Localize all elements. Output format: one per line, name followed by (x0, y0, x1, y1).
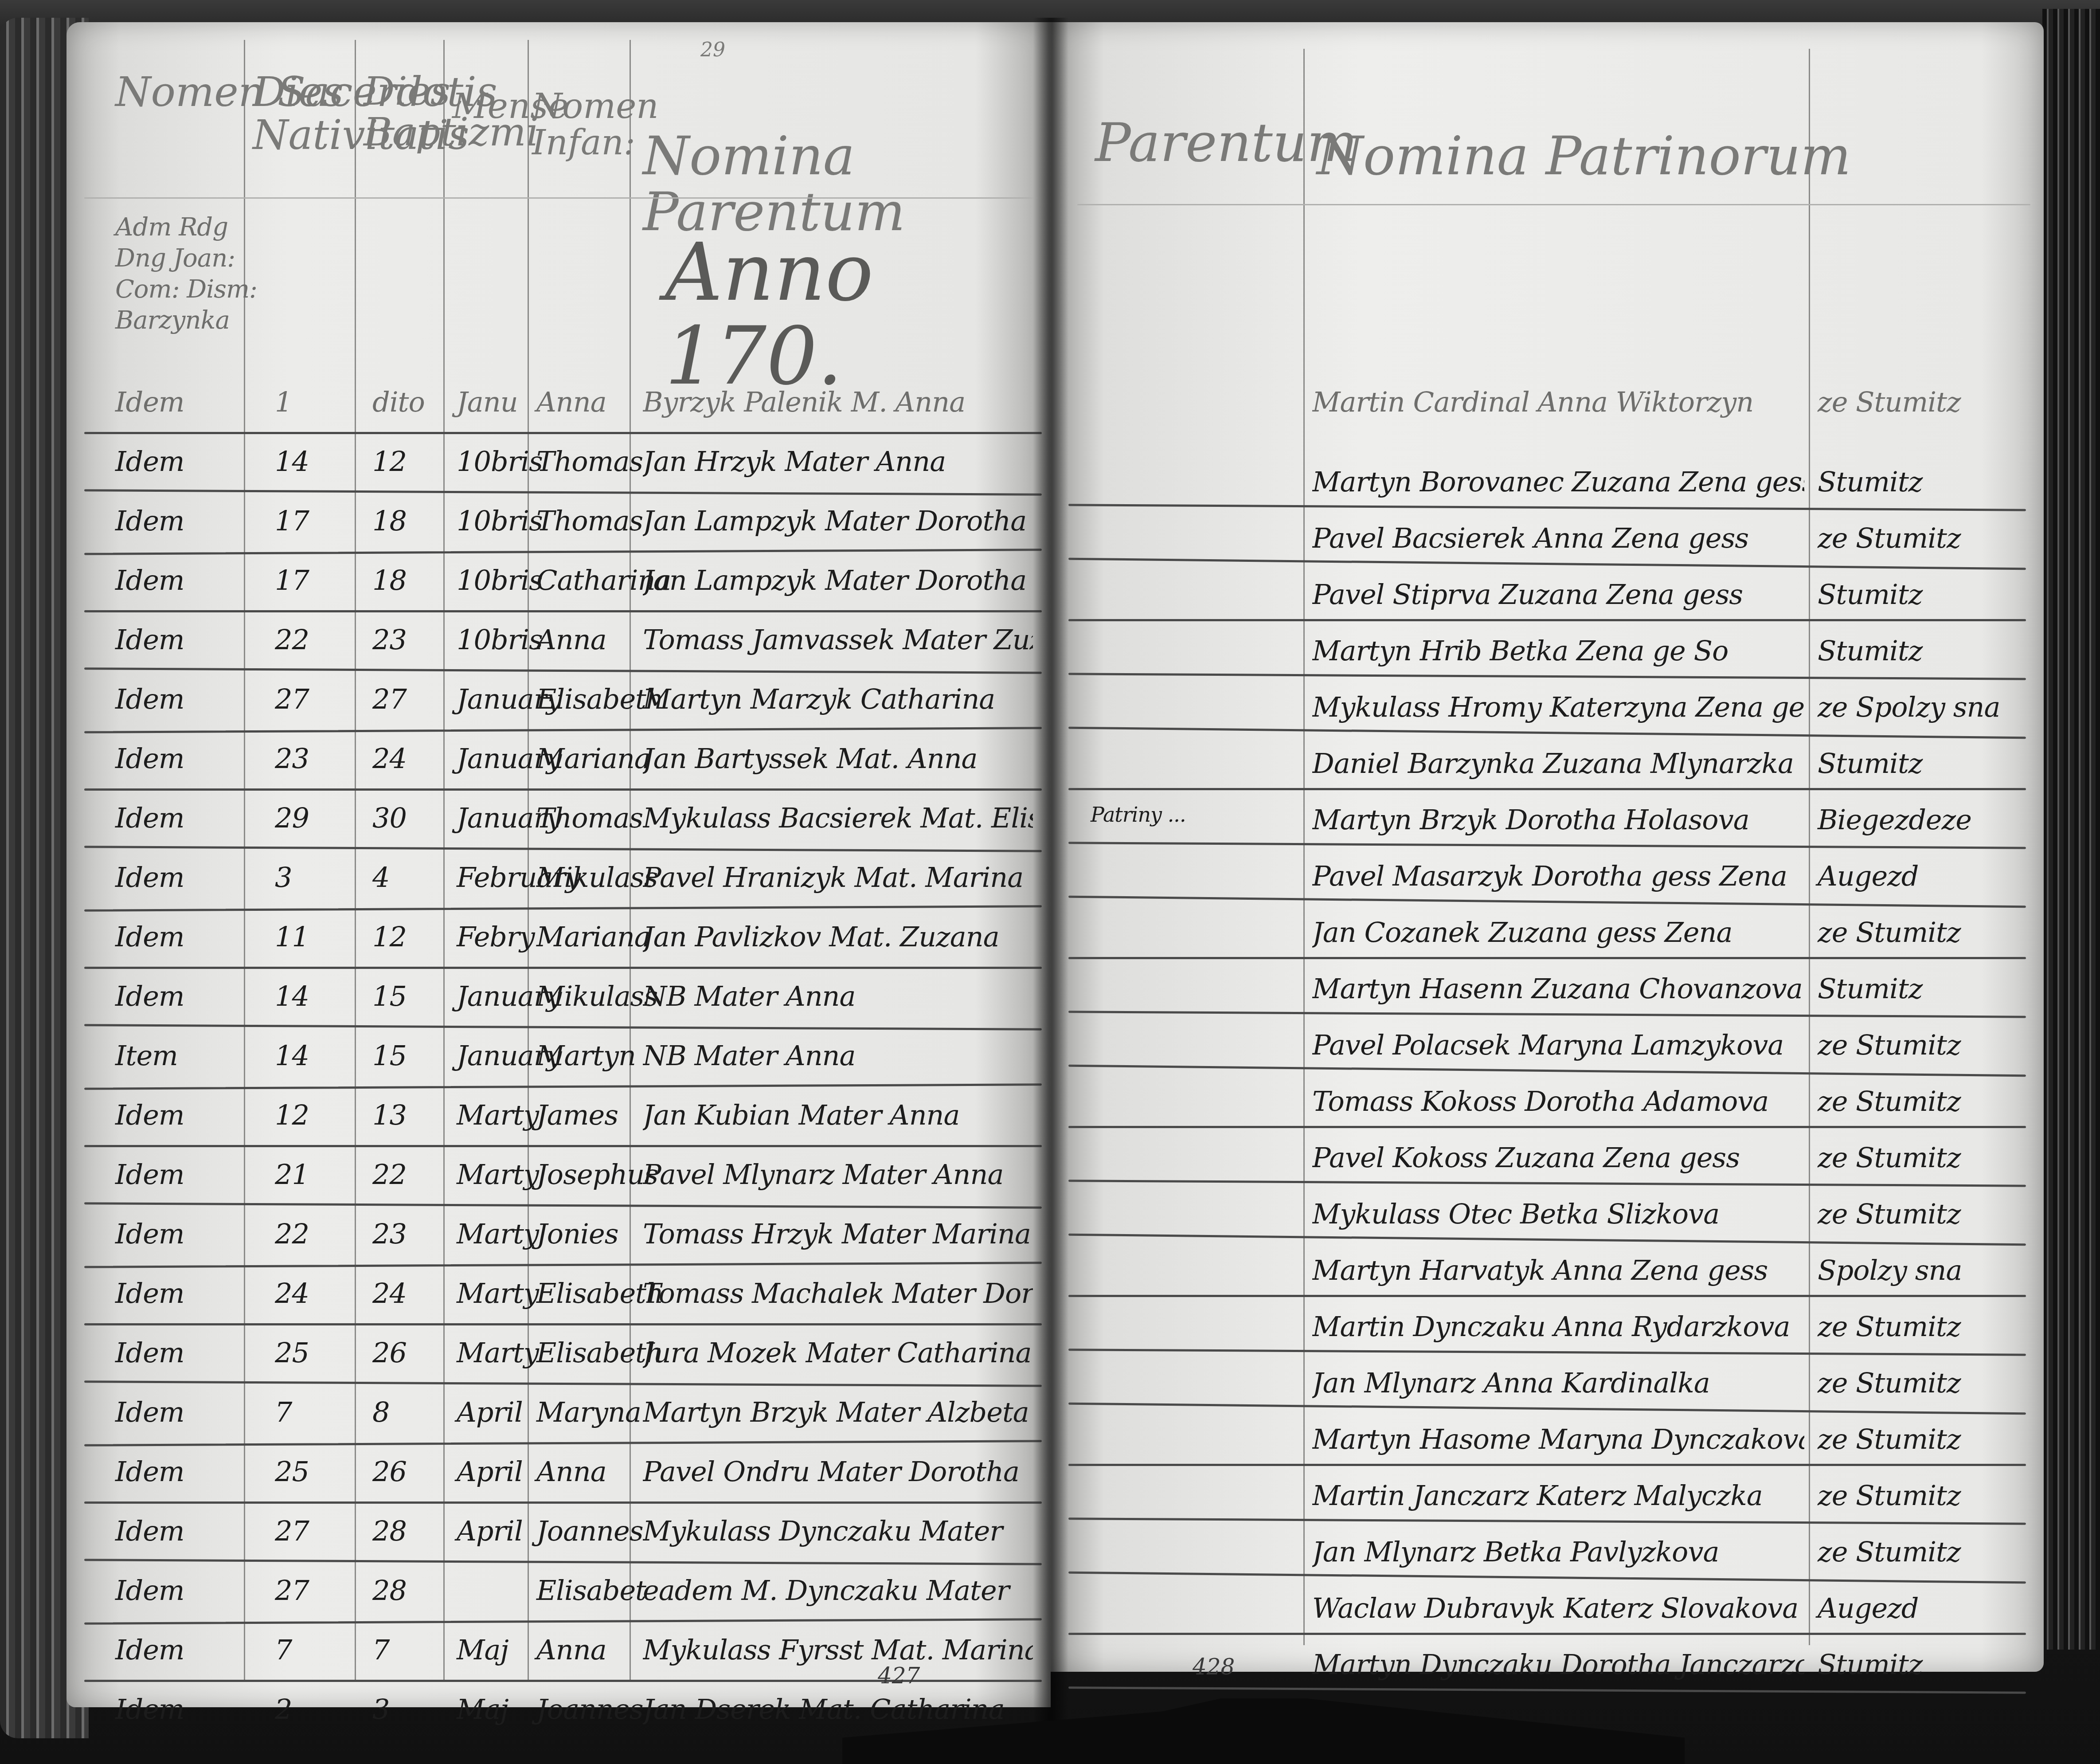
row-rule (84, 667, 1042, 674)
row-godparents: Martyn Dynczaku Dorotha Janczarzova (1312, 1648, 1804, 1681)
row-patria: Spolzy sna (1818, 1254, 1962, 1286)
row-patria: Augezd (1818, 860, 1918, 892)
row-rule (84, 1380, 1042, 1387)
row-godparents: Jan Cozanek Zuzana gess Zena (1312, 916, 1804, 949)
row-priest: Idem (115, 505, 184, 537)
margin-note: Patriny ... (1091, 803, 1186, 827)
row-rule (84, 610, 1042, 612)
header-rule (1077, 204, 2030, 205)
row-month: Marty (457, 1277, 539, 1309)
row-rule (84, 1083, 1042, 1090)
row-month: 10bris (457, 445, 543, 478)
row-parents: Mykulass Bacsierek Mat. Elisabeth (643, 802, 1033, 834)
row-parents: eadem M. Dynczaku Mater (643, 1574, 1033, 1607)
row-born: 27 (275, 1515, 309, 1547)
row-infant: Jonies (536, 1218, 618, 1250)
row-godparents: Waclaw Dubravyk Katerz Slovakova (1312, 1592, 1804, 1624)
row-patria: ze Spolzy sna (1818, 691, 2000, 723)
row-parents: Pavel Hranizyk Mat. Marina (643, 861, 1033, 894)
row-godparents: Pavel Stiprva Zuzana Zena gess (1312, 578, 1804, 611)
row-parents: Byrzyk Palenik M. Anna (643, 386, 1033, 418)
row-rule (84, 905, 1042, 911)
priest-block-line: Com: Dism: (115, 275, 257, 304)
row-patria: Stumitz (1818, 1648, 1923, 1681)
row-baptized: 28 (372, 1515, 407, 1547)
row-patria: Stumitz (1818, 466, 1923, 498)
row-rule (84, 1440, 1042, 1446)
row-rule (1068, 1126, 2026, 1128)
row-infant: Maryna (536, 1396, 641, 1428)
row-parents: Pavel Ondru Mater Dorotha (643, 1455, 1033, 1488)
row-patria: ze Stumitz (1818, 1423, 1961, 1455)
row-parents: Jan Lampzyk Mater Dorotha (643, 564, 1033, 596)
row-infant: Thomas (536, 445, 643, 478)
row-priest: Idem (115, 861, 184, 894)
row-rule (1068, 957, 2026, 959)
row-priest: Idem (115, 1455, 184, 1488)
row-rule (84, 1202, 1042, 1208)
row-patria: Stumitz (1818, 578, 1923, 611)
row-baptized: 26 (372, 1337, 407, 1369)
row-rule (1068, 727, 2026, 739)
row-parents: Jan Hrzyk Mater Anna (643, 445, 1033, 478)
row-patria: ze Stumitz (1818, 1029, 1961, 1061)
row-born: 17 (275, 564, 309, 596)
row-priest: Idem (115, 1158, 184, 1191)
row-baptized: 15 (372, 1039, 407, 1072)
row-infant: Thomas (536, 505, 643, 537)
row-priest: Idem (115, 1337, 184, 1369)
folio-mark: 29 (700, 40, 725, 60)
row-priest: Idem (115, 802, 184, 834)
row-parents: Tomass Jamvassek Mater Zuzana (643, 623, 1033, 656)
row-patria: Biegezdeze (1818, 804, 1971, 836)
row-rule (1068, 1011, 2026, 1018)
row-born: 24 (275, 1277, 309, 1309)
row-infant: Martyn (536, 1039, 636, 1072)
row-born: 23 (275, 742, 309, 775)
row-baptized: 8 (372, 1396, 389, 1428)
row-infant: Mariana (536, 921, 650, 953)
header-birth-day: Dies Nativitatis (253, 71, 350, 157)
row-baptized: 23 (372, 1218, 407, 1250)
row-baptized: 24 (372, 742, 407, 775)
row-month: Marty (457, 1218, 539, 1250)
row-infant: Josephus (536, 1158, 658, 1191)
row-patria: Augezd (1818, 1592, 1918, 1624)
priest-block-line: Barzynka (115, 306, 230, 335)
row-priest: Idem (115, 1693, 184, 1725)
row-born: 27 (275, 683, 309, 715)
row-patria: Stumitz (1818, 747, 1923, 780)
row-month: April (457, 1515, 523, 1547)
row-rule (1068, 1686, 2026, 1693)
row-godparents: Martyn Harvatyk Anna Zena gess (1312, 1254, 1804, 1286)
row-priest: Idem (115, 386, 184, 418)
row-rule (1068, 558, 2026, 570)
row-infant: Anna (536, 623, 606, 656)
row-priest: Idem (115, 1515, 184, 1547)
row-born: 12 (275, 1099, 309, 1131)
row-infant: Anna (536, 386, 606, 418)
row-month: Marty (457, 1158, 539, 1191)
row-rule (84, 549, 1042, 555)
row-infant: James (536, 1099, 618, 1131)
row-month: April (457, 1396, 523, 1428)
row-godparents: Jan Mlynarz Anna Kardinalka (1312, 1367, 1804, 1399)
row-patria: ze Stumitz (1818, 1085, 1961, 1117)
row-infant: Elisabet (536, 1574, 646, 1607)
row-infant: Anna (536, 1455, 606, 1488)
row-rule (1068, 1517, 2026, 1525)
row-infant: Anna (536, 1634, 606, 1666)
priest-block-line: Adm Rdg (115, 213, 228, 242)
row-parents: Mykulass Fyrsst Mat. Marina (643, 1634, 1033, 1666)
row-parents: Tomass Hrzyk Mater Marina (643, 1218, 1033, 1250)
row-born: 25 (275, 1455, 309, 1488)
row-parents: NB Mater Anna (643, 980, 1033, 1012)
header-rule (84, 197, 1037, 199)
row-infant: Mariana (536, 742, 650, 775)
row-parents: Pavel Mlynarz Mater Anna (643, 1158, 1033, 1191)
row-parents: Jan Pavlizkov Mat. Zuzana (643, 921, 1033, 953)
row-priest: Idem (115, 980, 184, 1012)
row-rule (1068, 1234, 2026, 1246)
row-rule (1068, 673, 2026, 680)
row-born: 14 (275, 980, 309, 1012)
row-baptized: 30 (372, 802, 407, 834)
row-rule (84, 1501, 1042, 1504)
row-born: 22 (275, 1218, 309, 1250)
header-infant-name: Nomen Infan: (532, 89, 630, 161)
row-infant: Joannes (536, 1693, 643, 1725)
row-patria: ze Stumitz (1818, 1367, 1961, 1399)
row-month: 10bris (457, 505, 543, 537)
row-patria: Stumitz (1818, 635, 1923, 667)
row-priest: Idem (115, 921, 184, 953)
row-godparents: Pavel Polacsek Maryna Lamzykova (1312, 1029, 1804, 1061)
row-baptized: 22 (372, 1158, 407, 1191)
priest-block-line: Dng Joan: (115, 244, 235, 273)
row-baptized: 13 (372, 1099, 407, 1131)
row-godparents: Jan Mlynarz Betka Pavlyzkova (1312, 1536, 1804, 1568)
row-rule (84, 788, 1042, 791)
row-rule (84, 967, 1042, 969)
row-parents: Jan Bartyssek Mat. Anna (643, 742, 1033, 775)
row-rule (1068, 1295, 2026, 1297)
row-parents: Mykulass Dynczaku Mater (643, 1515, 1033, 1547)
row-month: Marty (457, 1099, 539, 1131)
book-gutter (1033, 18, 1068, 1764)
row-rule (84, 1618, 1042, 1624)
row-rule (1068, 1065, 2026, 1077)
page-edges-right (2042, 9, 2100, 1650)
row-baptized: 18 (372, 505, 407, 537)
row-rule (84, 1262, 1042, 1268)
row-infant: Joannes (536, 1515, 643, 1547)
row-godparents: Martyn Hrib Betka Zena ge So (1312, 635, 1804, 667)
row-priest: Idem (115, 445, 184, 478)
row-rule (1068, 788, 2026, 790)
row-born: 27 (275, 1574, 309, 1607)
row-month: April (457, 1455, 523, 1488)
row-rule (84, 489, 1042, 495)
row-priest: Idem (115, 1634, 184, 1666)
row-patria: ze Stumitz (1818, 1536, 1961, 1568)
year-heading: Anno 170. (665, 231, 1051, 398)
page-number-left: 427 (878, 1663, 920, 1689)
row-born: 21 (275, 1158, 309, 1191)
row-born: 11 (275, 921, 309, 953)
row-godparents: Daniel Barzynka Zuzana Mlynarzka (1312, 747, 1804, 780)
row-godparents: Pavel Kokoss Zuzana Zena gess (1312, 1141, 1804, 1174)
row-rule (84, 1559, 1042, 1565)
row-godparents: Martin Cardinal Anna Wiktorzyn (1312, 386, 1804, 418)
row-priest: Idem (115, 1099, 184, 1131)
row-rule (84, 1145, 1042, 1147)
row-rule (1068, 619, 2026, 621)
row-patria: ze Stumitz (1818, 522, 1961, 554)
row-infant: Mikulass (536, 980, 657, 1012)
row-godparents: Pavel Masarzyk Dorotha gess Zena (1312, 860, 1804, 892)
row-month: Janu (457, 386, 518, 418)
row-baptized: 15 (372, 980, 407, 1012)
header-month: Mense (452, 89, 523, 125)
row-baptized: 28 (372, 1574, 407, 1607)
row-baptized: 18 (372, 564, 407, 596)
row-patria: ze Stumitz (1818, 1141, 1961, 1174)
row-godparents: Mykulass Otec Betka Slizkova (1312, 1198, 1804, 1230)
row-born: 17 (275, 505, 309, 537)
row-born: 25 (275, 1337, 309, 1369)
row-priest: Idem (115, 623, 184, 656)
row-baptized: 12 (372, 445, 407, 478)
column-rule (443, 40, 445, 1681)
left-page: Nomen Sacerdotis Dies Nativitatis Dies B… (66, 22, 1051, 1707)
row-godparents: Pavel Bacsierek Anna Zena gess (1312, 522, 1804, 554)
row-baptized: 23 (372, 623, 407, 656)
row-parents: Jan Dserek Mat. Catharina (643, 1693, 1033, 1725)
row-priest: Item (115, 1039, 178, 1072)
row-infant: Thomas (536, 802, 643, 834)
row-priest: Idem (115, 1396, 184, 1428)
row-month: 10bris (457, 564, 543, 596)
row-month: Maj (457, 1693, 508, 1725)
row-priest: Idem (115, 1277, 184, 1309)
row-infant: Mikulass (536, 861, 657, 894)
right-page: Parentum Nomina Patrinorum Patriny ... M… (1051, 22, 2044, 1672)
row-baptized: 3 (372, 1693, 389, 1725)
row-month: Maj (457, 1634, 508, 1666)
row-godparents: Mykulass Hromy Katerzyna Zena gess (1312, 691, 1804, 723)
row-baptized: dito (372, 386, 425, 418)
row-born: 3 (275, 861, 292, 894)
row-patria: ze Stumitz (1818, 1479, 1961, 1512)
row-rule (84, 1323, 1042, 1325)
row-rule (84, 727, 1042, 733)
row-born: 7 (275, 1634, 292, 1666)
row-parents: Jan Lampzyk Mater Dorotha (643, 505, 1033, 537)
row-godparents: Martyn Hasenn Zuzana Chovanzova (1312, 972, 1804, 1005)
row-priest: Idem (115, 742, 184, 775)
row-rule (1068, 1403, 2026, 1415)
row-born: 7 (275, 1396, 292, 1428)
row-godparents: Martyn Brzyk Dorotha Holasova (1312, 804, 1804, 836)
row-baptized: 7 (372, 1634, 389, 1666)
column-rule (630, 40, 631, 1681)
row-godparents: Martin Janczarz Katerz Malyczka (1312, 1479, 1804, 1512)
header-godparents: Nomina Patrinorum (1317, 129, 1851, 184)
row-godparents: Martyn Hasome Maryna Dynczakova (1312, 1423, 1804, 1455)
row-rule (1068, 896, 2026, 908)
row-baptized: 12 (372, 921, 407, 953)
row-born: 29 (275, 802, 309, 834)
column-rule (355, 40, 356, 1681)
row-born: 14 (275, 1039, 309, 1072)
row-parents: NB Mater Anna (643, 1039, 1033, 1072)
row-rule (84, 846, 1042, 852)
row-priest: Idem (115, 683, 184, 715)
row-born: 2 (275, 1693, 292, 1725)
header-baptism-day: Dies Baptizmi (364, 71, 439, 153)
row-priest: Idem (115, 1218, 184, 1250)
row-godparents: Tomass Kokoss Dorotha Adamova (1312, 1085, 1804, 1117)
row-rule (1068, 1464, 2026, 1466)
row-godparents: Martyn Borovanec Zuzana Zena gess (1312, 466, 1804, 498)
row-rule (1068, 1180, 2026, 1187)
row-parents: Tomass Machalek Mater Dorotha (643, 1277, 1033, 1309)
row-godparents: Martin Dynczaku Anna Rydarzkova (1312, 1310, 1804, 1343)
row-month: Marty (457, 1337, 539, 1369)
row-baptized: 24 (372, 1277, 407, 1309)
row-rule (1068, 842, 2026, 849)
row-baptized: 4 (372, 861, 389, 894)
row-parents: Jura Mozek Mater Catharina (643, 1337, 1033, 1369)
row-parents: Jan Kubian Mater Anna (643, 1099, 1033, 1131)
book-photo: Nomen Sacerdotis Dies Nativitatis Dies B… (0, 0, 2100, 1764)
row-priest: Idem (115, 1574, 184, 1607)
page-number-right: 428 (1193, 1654, 1235, 1680)
row-patria: ze Stumitz (1818, 1198, 1961, 1230)
row-rule (84, 432, 1042, 434)
row-born: 1 (275, 386, 292, 418)
row-patria: ze Stumitz (1818, 1310, 1961, 1343)
row-month: 10bris (457, 623, 543, 656)
row-priest: Idem (115, 564, 184, 596)
row-baptized: 27 (372, 683, 407, 715)
row-rule (1068, 504, 2026, 511)
row-rule (1068, 1572, 2026, 1584)
row-patria: Stumitz (1818, 972, 1923, 1005)
row-month: Febry (457, 921, 535, 953)
column-rule (528, 40, 529, 1681)
row-patria: ze Stumitz (1818, 916, 1961, 949)
row-parents: Martyn Marzyk Catharina (643, 683, 1033, 715)
row-rule (84, 1024, 1042, 1030)
row-baptized: 26 (372, 1455, 407, 1488)
row-patria: ze Stumitz (1818, 386, 1961, 418)
row-born: 14 (275, 445, 309, 478)
row-rule (1068, 1633, 2026, 1635)
row-rule (1068, 1348, 2026, 1356)
row-born: 22 (275, 623, 309, 656)
header-parents: Nomina Parentum (643, 129, 1051, 240)
row-parents: Martyn Brzyk Mater Alzbeta (643, 1396, 1033, 1428)
